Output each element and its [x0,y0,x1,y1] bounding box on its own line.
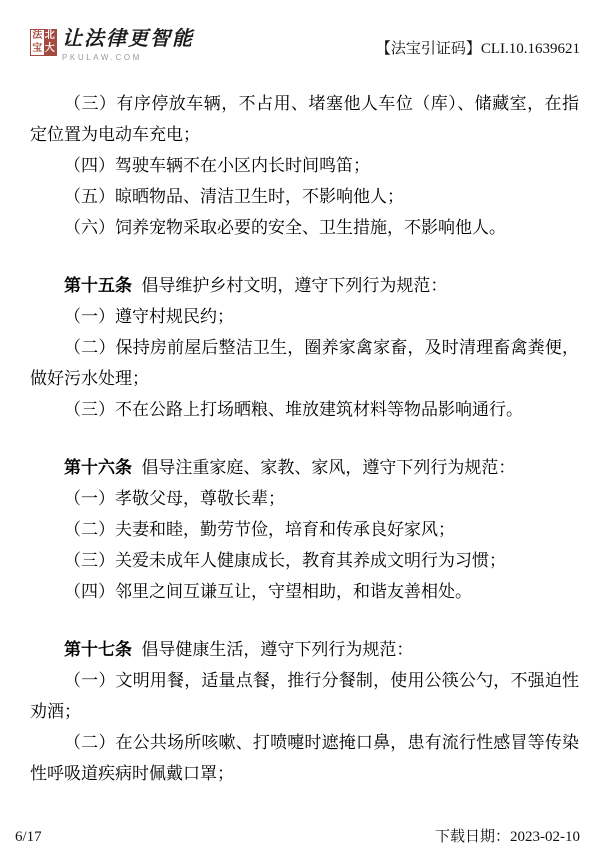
page-number: 6/17 [15,827,42,847]
paragraph-text: （二）在公共场所咳嗽、打喷嚏时遮掩口鼻，患有流行性感冒等传染性呼吸道疾病时佩戴口… [30,733,579,783]
document-paragraph: （一）文明用餐，适量点餐，推行分餐制，使用公筷公勺，不强迫性劝酒； [30,665,579,727]
logo-text: 让法律更智能 PKULAW.COM [62,26,194,62]
document-paragraph: （二）夫妻和睦，勤劳节俭，培育和传承良好家风； [30,514,579,545]
article-heading: 第十五条 [64,276,132,295]
page-footer: 6/17 下载日期：2023-02-10 [0,827,609,847]
seal-char: 法 [31,30,44,43]
paragraph-text: 倡导健康生活，遵守下列行为规范： [141,640,413,659]
seal-char: 宝 [31,43,44,56]
paragraph-text: （四）邻里之间互谦互让，守望相助，和谐友善相处。 [64,582,472,601]
seal-char: 大 [44,43,57,56]
page-header: 法 北 宝 大 让法律更智能 PKULAW.COM 【法宝引证码】CLI.10.… [30,26,580,62]
paragraph-text: （二）保持房前屋后整洁卫生，圈养家禽家畜，及时清理畜禽粪便，做好污水处理； [30,338,579,388]
paragraph-spacer [30,243,579,270]
paragraph-text: （一）遵守村规民约； [64,307,234,326]
paragraph-spacer [30,607,579,634]
logo-tagline: 让法律更智能 [62,26,194,52]
article-heading: 第十七条 [64,640,132,659]
document-paragraph: （二）保持房前屋后整洁卫生，圈养家禽家畜，及时清理畜禽粪便，做好污水处理； [30,332,579,394]
seal-char: 北 [44,30,57,43]
citation-label: 【法宝引证码】 [376,41,481,57]
document-paragraph: 第十七条倡导健康生活，遵守下列行为规范： [30,634,579,665]
document-paragraph: （三）有序停放车辆，不占用、堵塞他人车位（库）、储藏室，在指定位置为电动车充电； [30,88,579,150]
paragraph-spacer [30,425,579,452]
document-paragraph: （三）不在公路上打场晒粮、堆放建筑材料等物品影响通行。 [30,394,579,425]
paragraph-text: （三）有序停放车辆，不占用、堵塞他人车位（库）、储藏室，在指定位置为电动车充电； [30,94,579,144]
paragraph-text: （一）文明用餐，适量点餐，推行分餐制，使用公筷公勺，不强迫性劝酒； [30,671,579,721]
document-paragraph: （三）关爱未成年人健康成长，教育其养成文明行为习惯； [30,545,579,576]
paragraph-text: （五）晾晒物品、清洁卫生时，不影响他人； [64,187,404,206]
document-body: （三）有序停放车辆，不占用、堵塞他人车位（库）、储藏室，在指定位置为电动车充电；… [30,88,579,789]
pkulaw-seal-icon: 法 北 宝 大 [30,29,57,56]
article-heading: 第十六条 [64,458,132,477]
document-paragraph: （一）遵守村规民约； [30,301,579,332]
paragraph-text: 倡导维护乡村文明，遵守下列行为规范： [141,276,447,295]
paragraph-text: （一）孝敬父母，尊敬长辈； [64,489,285,508]
download-date-value: 2023-02-10 [510,829,580,845]
document-paragraph: 第十五条倡导维护乡村文明，遵守下列行为规范： [30,270,579,301]
paragraph-text: 倡导注重家庭、家教、家风，遵守下列行为规范： [141,458,515,477]
document-paragraph: （五）晾晒物品、清洁卫生时，不影响他人； [30,181,579,212]
document-paragraph: 第十六条倡导注重家庭、家教、家风，遵守下列行为规范： [30,452,579,483]
paragraph-text: （三）不在公路上打场晒粮、堆放建筑材料等物品影响通行。 [64,400,523,419]
pkulaw-logo: 法 北 宝 大 让法律更智能 PKULAW.COM [30,26,194,62]
download-date-label: 下载日期： [435,829,510,845]
document-paragraph: （二）在公共场所咳嗽、打喷嚏时遮掩口鼻，患有流行性感冒等传染性呼吸道疾病时佩戴口… [30,727,579,789]
paragraph-text: （六）饲养宠物采取必要的安全、卫生措施，不影响他人。 [64,218,506,237]
paragraph-text: （四）驾驶车辆不在小区内长时间鸣笛； [64,156,370,175]
document-paragraph: （四）驾驶车辆不在小区内长时间鸣笛； [30,150,579,181]
download-date: 下载日期：2023-02-10 [435,827,580,847]
document-paragraph: （一）孝敬父母，尊敬长辈； [30,483,579,514]
logo-domain: PKULAW.COM [62,53,194,62]
citation-number: CLI.10.1639621 [481,41,580,57]
citation-code: 【法宝引证码】CLI.10.1639621 [376,37,580,58]
paragraph-text: （三）关爱未成年人健康成长，教育其养成文明行为习惯； [64,551,506,570]
paragraph-text: （二）夫妻和睦，勤劳节俭，培育和传承良好家风； [64,520,455,539]
document-paragraph: （六）饲养宠物采取必要的安全、卫生措施，不影响他人。 [30,212,579,243]
document-paragraph: （四）邻里之间互谦互让，守望相助，和谐友善相处。 [30,576,579,607]
document-page: 法 北 宝 大 让法律更智能 PKULAW.COM 【法宝引证码】CLI.10.… [0,0,609,853]
